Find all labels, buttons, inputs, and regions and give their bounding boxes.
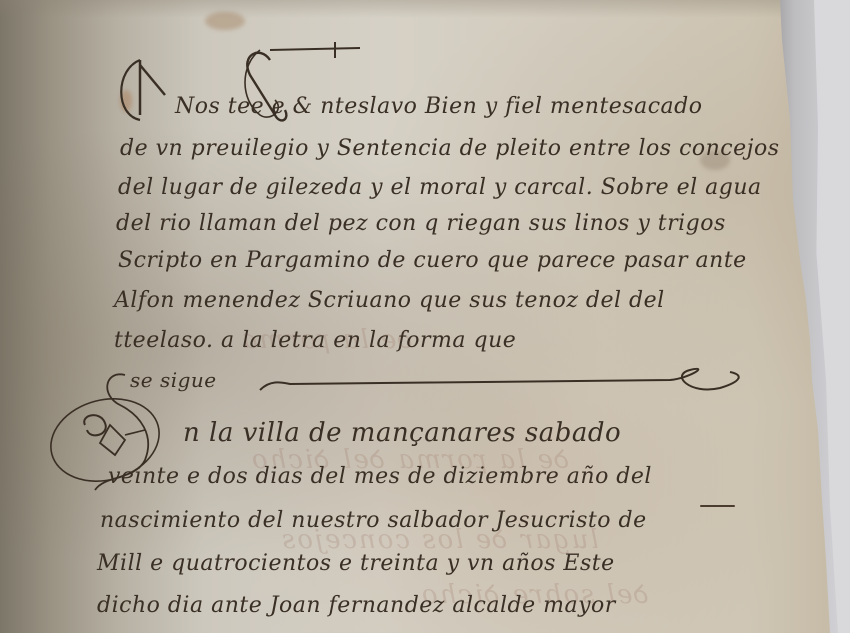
manuscript-line: nascimiento del nuestro salbador Jesucri… [100, 510, 647, 532]
manuscript-text-block: Nos tee e & nteslavo Bien y fiel mentesa… [0, 0, 850, 633]
line-end-flourish-icon [250, 360, 750, 400]
manuscript-line: del lugar de gilezeda y el moral y carca… [118, 177, 762, 199]
manuscript-line: Nos tee e & nteslavo Bien y fiel mentesa… [175, 96, 703, 118]
line-end-stroke [700, 505, 735, 507]
manuscript-line: Alfon menendez Scriuano que sus tenoz de… [114, 290, 665, 312]
manuscript-line: de vn preuilegio y Sentencia de pleito e… [120, 138, 780, 160]
manuscript-line: dicho dia ante Joan fernandez alcalde ma… [97, 595, 616, 617]
manuscript-line: Scripto en Pargamino de cuero que parece… [118, 250, 747, 272]
manuscript-line: veinte e dos dias del mes de diziembre a… [108, 466, 652, 488]
manuscript-photo: ꝺe la ꝼorma ꝺel ꝺicho lugar ꝺe los conce… [0, 0, 850, 633]
manuscript-line: tteelaso. a la letra en la forma que [114, 330, 516, 352]
manuscript-line: Mill e quatrocientos e treinta y vn años… [97, 553, 615, 575]
manuscript-line: del rio llaman del pez con q riegan sus … [116, 213, 726, 235]
manuscript-line: n la villa de mançanares sabado [183, 420, 621, 446]
